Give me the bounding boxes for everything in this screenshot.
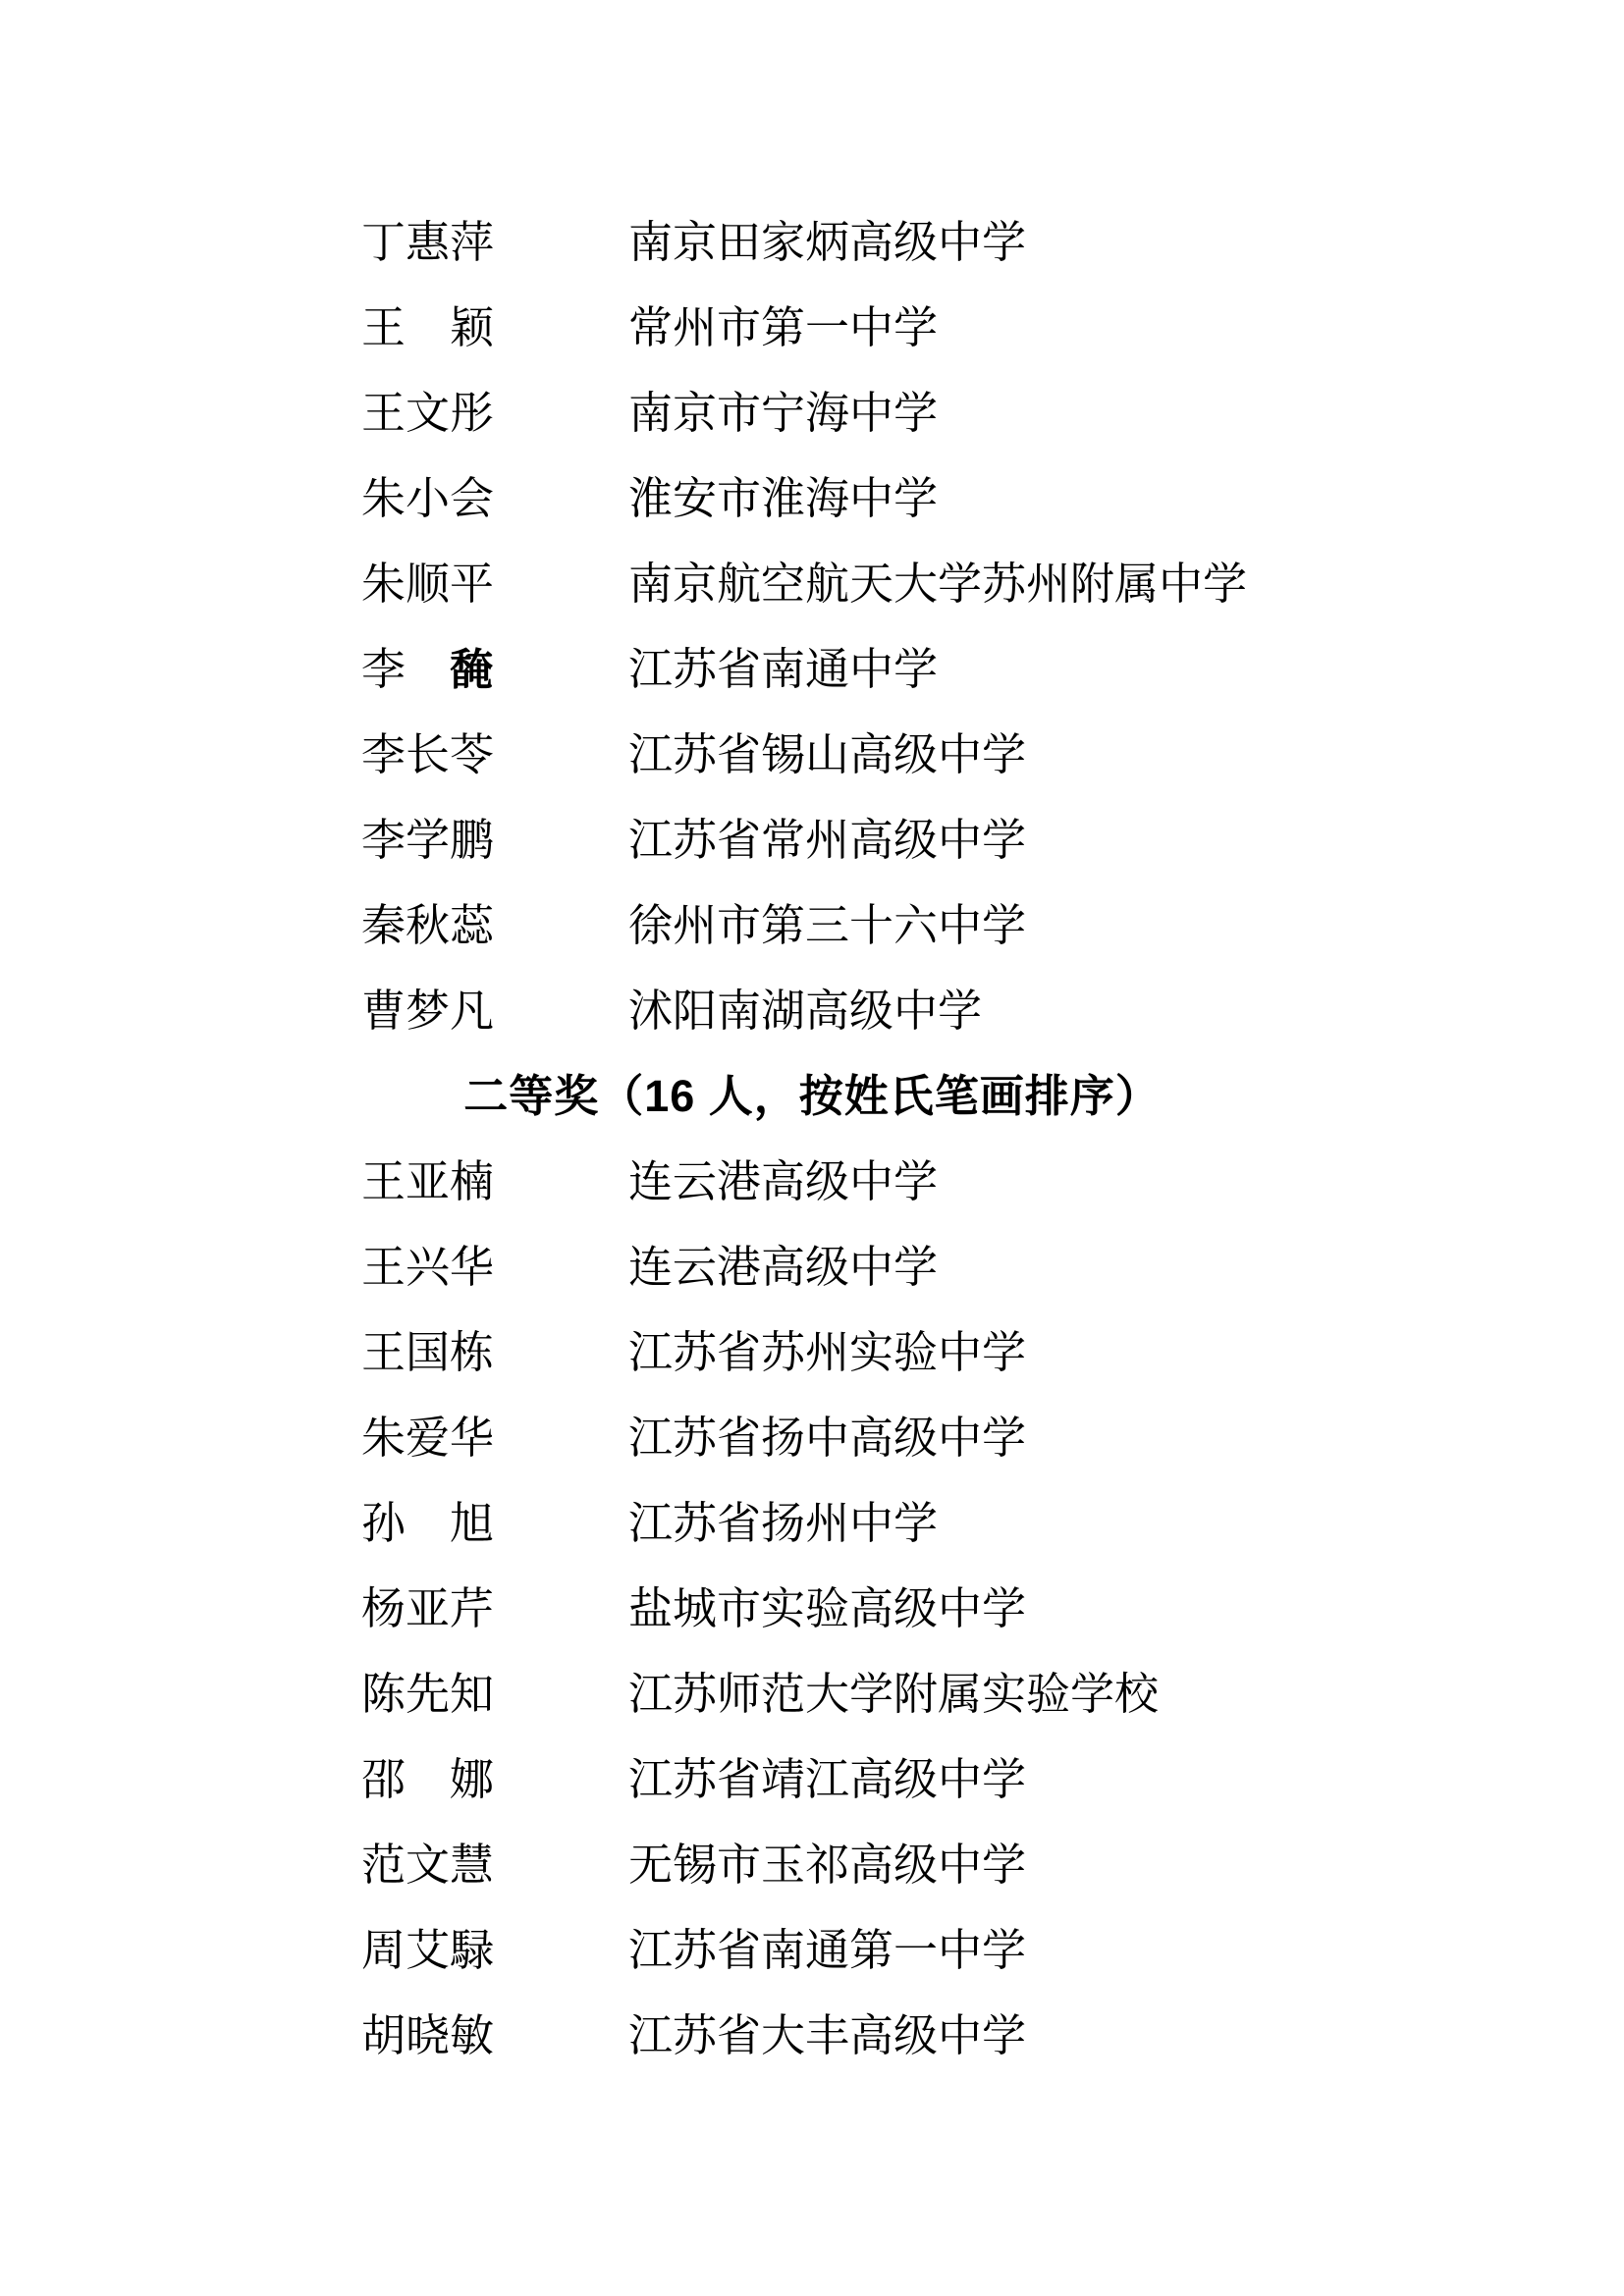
award-row: 王 颖常州市第一中学 (0, 285, 1624, 370)
school-name: 南京田家炳高级中学 (628, 200, 1026, 286)
winner-name-text: 丁惠萍 (361, 218, 494, 267)
winner-name: 孙 旭 (361, 1481, 494, 1567)
award-row: 王亚楠连云港高级中学 (0, 1139, 1624, 1224)
award-row: 邵 娜江苏省靖江高级中学 (0, 1736, 1624, 1822)
winner-name-text: 王国栋 (361, 1328, 494, 1377)
school-name: 江苏省苏州实验中学 (628, 1310, 1026, 1396)
award-list: 丁惠萍南京田家炳高级中学王 颖常州市第一中学王文彤南京市宁海中学朱小会淮安市淮海… (0, 199, 1624, 2078)
winner-name: 王文彤 (361, 371, 494, 456)
winner-name: 胡晓敏 (361, 1994, 494, 2079)
award-row: 陈先知江苏师范大学附属实验学校 (0, 1651, 1624, 1736)
school-name: 江苏省靖江高级中学 (628, 1737, 1026, 1823)
winner-name-text: 王文彤 (361, 389, 494, 438)
winner-name: 李学鹏 (361, 798, 494, 883)
school-name: 江苏省常州高级中学 (628, 798, 1026, 883)
award-row: 胡晓敏江苏省大丰高级中学 (0, 1993, 1624, 2078)
school-name: 常州市第一中学 (628, 286, 938, 371)
winner-name-text: 范文慧 (361, 1841, 494, 1890)
award-row: 李 馣江苏省南通中学 (0, 626, 1624, 712)
winner-name-text: 胡晓敏 (361, 2011, 494, 2060)
award-row: 李学鹏江苏省常州高级中学 (0, 797, 1624, 882)
winner-name: 范文慧 (361, 1823, 494, 1908)
winner-name: 李长苓 (361, 713, 494, 798)
award-row: 范文慧无锡市玉祁高级中学 (0, 1822, 1624, 1907)
winner-name: 王国栋 (361, 1310, 494, 1396)
school-name: 盐城市实验高级中学 (628, 1567, 1026, 1652)
school-name: 南京市宁海中学 (628, 371, 938, 456)
award-row: 李长苓江苏省锡山高级中学 (0, 712, 1624, 797)
winner-name: 朱爱华 (361, 1396, 494, 1481)
winner-name-text: 孙 旭 (361, 1499, 494, 1548)
award-row: 孙 旭江苏省扬州中学 (0, 1480, 1624, 1566)
school-name: 江苏师范大学附属实验学校 (628, 1652, 1159, 1737)
winner-name: 王亚楠 (361, 1140, 494, 1225)
winner-name-text: 李长苓 (361, 730, 494, 779)
winner-name-text: 王亚楠 (361, 1157, 494, 1206)
winner-name-text: 邵 娜 (361, 1755, 494, 1804)
winner-name-text: 朱小会 (361, 474, 494, 523)
winner-name: 曹梦凡 (361, 969, 494, 1054)
school-name: 江苏省锡山高级中学 (628, 713, 1026, 798)
school-name: 无锡市玉祁高级中学 (628, 1823, 1026, 1908)
winner-name: 王 颖 (361, 286, 494, 371)
section-heading: 二等奖（16 人，按姓氏笔画排序） (0, 1053, 1624, 1139)
award-row: 曹梦凡沭阳南湖高级中学 (0, 968, 1624, 1053)
school-name: 连云港高级中学 (628, 1225, 938, 1310)
award-row: 朱小会淮安市淮海中学 (0, 455, 1624, 541)
award-row: 周艾騄江苏省南通第一中学 (0, 1907, 1624, 1993)
award-row: 王文彤南京市宁海中学 (0, 370, 1624, 455)
award-row: 朱爱华江苏省扬中高级中学 (0, 1395, 1624, 1480)
winner-name-text: 王兴华 (361, 1243, 494, 1292)
winner-name: 秦秋蕊 (361, 883, 494, 969)
award-row: 丁惠萍南京田家炳高级中学 (0, 199, 1624, 285)
school-name: 沭阳南湖高级中学 (628, 969, 982, 1054)
school-name: 江苏省南通第一中学 (628, 1908, 1026, 1994)
winner-name: 李 馣 (361, 627, 494, 713)
winner-name-text: 周艾騄 (361, 1926, 494, 1975)
winner-name: 杨亚芹 (361, 1567, 494, 1652)
award-row: 杨亚芹盐城市实验高级中学 (0, 1566, 1624, 1651)
winner-name-text: 秦秋蕊 (361, 901, 494, 950)
school-name: 南京航空航天大学苏州附属中学 (628, 542, 1247, 627)
winner-name: 陈先知 (361, 1652, 494, 1737)
winner-name: 周艾騄 (361, 1908, 494, 1994)
winner-name: 朱小会 (361, 456, 494, 542)
winner-name-text: 陈先知 (361, 1670, 494, 1719)
school-name: 徐州市第三十六中学 (628, 883, 1026, 969)
winner-name-text: 杨亚芹 (361, 1584, 494, 1633)
winner-name-text: 朱爱华 (361, 1414, 494, 1463)
school-name: 江苏省扬中高级中学 (628, 1396, 1026, 1481)
winner-name: 丁惠萍 (361, 200, 494, 286)
award-row: 王国栋江苏省苏州实验中学 (0, 1309, 1624, 1395)
winner-name-text: 朱顺平 (361, 560, 494, 609)
winner-name-text: 王 颖 (361, 303, 494, 352)
school-name: 江苏省南通中学 (628, 627, 938, 713)
winner-name: 邵 娜 (361, 1737, 494, 1823)
winner-name-text: 李学鹏 (361, 816, 494, 865)
school-name: 江苏省扬州中学 (628, 1481, 938, 1567)
winner-name: 王兴华 (361, 1225, 494, 1310)
school-name: 连云港高级中学 (628, 1140, 938, 1225)
award-row: 王兴华连云港高级中学 (0, 1224, 1624, 1309)
winner-name-rare-char: 馣 (450, 645, 493, 695)
winner-name-text: 曹梦凡 (361, 987, 494, 1036)
school-name: 淮安市淮海中学 (628, 456, 938, 542)
award-row: 秦秋蕊徐州市第三十六中学 (0, 882, 1624, 968)
award-row: 朱顺平南京航空航天大学苏州附属中学 (0, 541, 1624, 626)
school-name: 江苏省大丰高级中学 (628, 1994, 1026, 2079)
document-page: 丁惠萍南京田家炳高级中学王 颖常州市第一中学王文彤南京市宁海中学朱小会淮安市淮海… (0, 0, 1624, 2296)
winner-name-text: 李 (361, 645, 450, 694)
winner-name: 朱顺平 (361, 542, 494, 627)
